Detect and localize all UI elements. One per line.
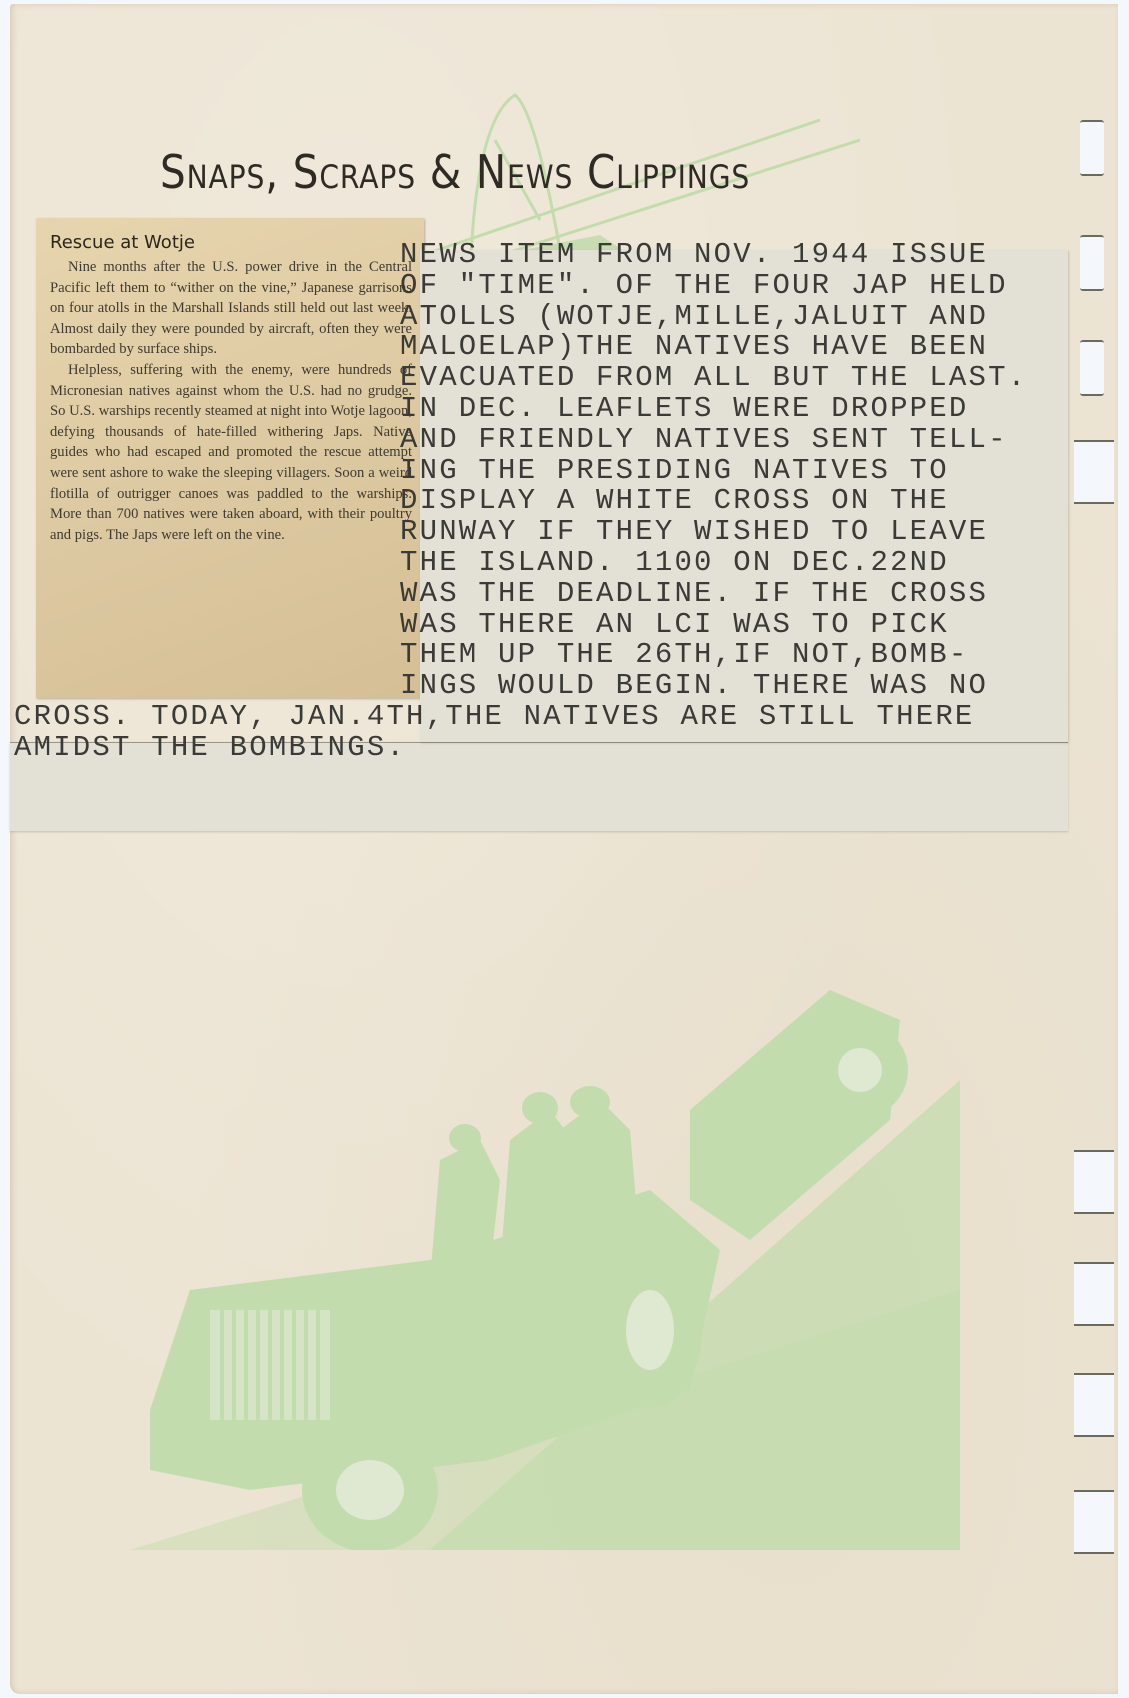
typed-line: AMIDST THE BOMBINGS.: [14, 731, 406, 764]
typed-line: ATOLLS (WOTJE,MILLE,JALUIT AND: [400, 300, 988, 333]
typed-line: NEWS ITEM FROM NOV. 1944 ISSUE: [400, 238, 988, 271]
binding-hole: [1080, 340, 1104, 396]
binding-hole: [1080, 120, 1104, 176]
news-clipping: Rescue at Wotje Nine months after the U.…: [36, 218, 424, 698]
typed-line: THE ISLAND. 1100 ON DEC.22ND: [400, 546, 949, 579]
typed-line: AND FRIENDLY NATIVES SENT TELL-: [400, 423, 1008, 456]
binding-hole: [1074, 1150, 1114, 1214]
typed-line: EVACUATED FROM ALL BUT THE LAST.: [400, 361, 1027, 394]
typed-line: DISPLAY A WHITE CROSS ON THE: [400, 484, 949, 517]
jeep-illustration-icon: [130, 990, 960, 1550]
clipping-paragraph: Nine months after the U.S. power drive i…: [50, 257, 412, 360]
clipping-paragraph: Helpless, suffering with the enemy, were…: [50, 360, 412, 545]
page-title: Snaps, Scraps & News Clippings: [160, 145, 864, 199]
typed-line: WAS THE DEADLINE. IF THE CROSS: [400, 577, 988, 610]
clipping-headline: Rescue at Wotje: [50, 232, 412, 253]
binding-hole: [1080, 235, 1104, 291]
typed-line: MALOELAP)THE NATIVES HAVE BEEN: [400, 330, 988, 363]
binding-hole: [1074, 440, 1114, 504]
typed-line: INGS WOULD BEGIN. THERE WAS NO: [400, 669, 988, 702]
binding-hole: [1074, 1490, 1114, 1554]
typed-line: IN DEC. LEAFLETS WERE DROPPED: [400, 392, 968, 425]
binding-hole: [1074, 1373, 1114, 1437]
typed-line: OF "TIME". OF THE FOUR JAP HELD: [400, 269, 1008, 302]
typed-line: RUNWAY IF THEY WISHED TO LEAVE: [400, 515, 988, 548]
typed-line: ING THE PRESIDING NATIVES TO: [400, 454, 949, 487]
typed-line: WAS THERE AN LCI WAS TO PICK: [400, 608, 949, 641]
typed-line: CROSS. TODAY, JAN.4TH,THE NATIVES ARE ST…: [14, 700, 975, 733]
binding-hole: [1074, 1262, 1114, 1326]
clipping-body: Nine months after the U.S. power drive i…: [50, 257, 412, 545]
typed-line: THEM UP THE 26TH,IF NOT,BOMB-: [400, 638, 968, 671]
